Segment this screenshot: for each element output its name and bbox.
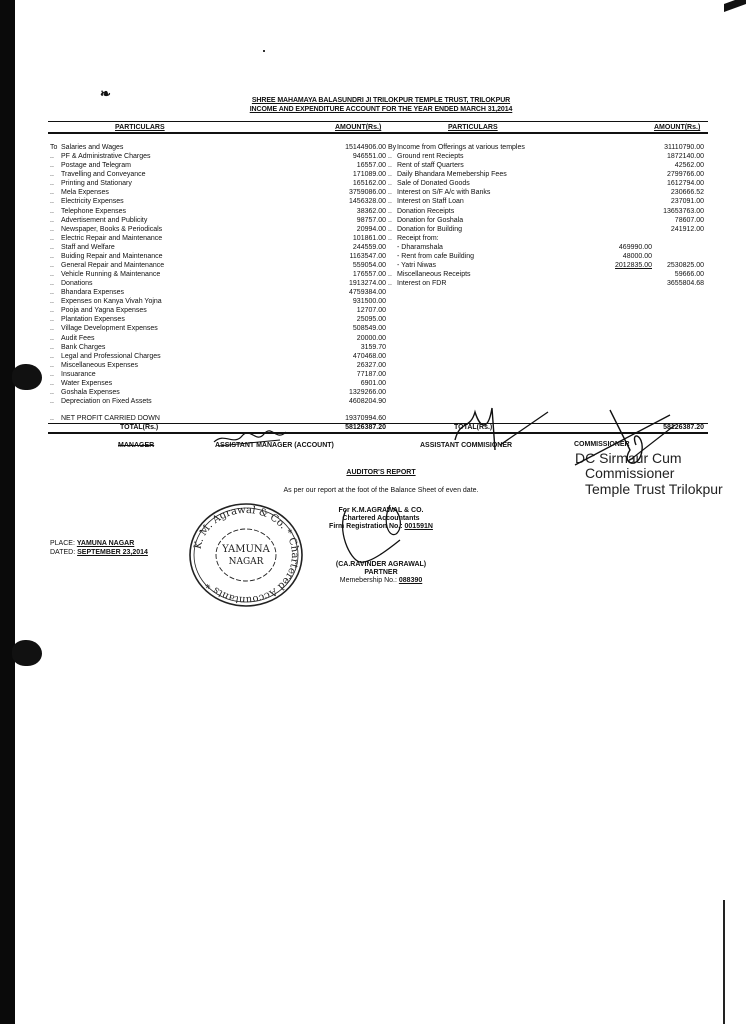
expenditure-amount: 244559.00 xyxy=(300,243,386,252)
expenditure-row: ..PF & Administrative Charges xyxy=(50,152,150,161)
income-label: Income from Offerings at various temples xyxy=(397,144,525,151)
left-total-label: TOTAL(Rs.) xyxy=(120,423,158,432)
income-row: ..Donation for Building xyxy=(388,225,462,234)
expenditure-label: Buiding Repair and Maintenance xyxy=(61,253,163,260)
expenditure-amount: 20994.00 xyxy=(300,225,386,234)
expenditure-row: ..Telephone Expenses xyxy=(50,207,126,216)
date-value: SEPTEMBER 23,2014 xyxy=(77,549,148,556)
assistant-manager-label: ASSISTANT MANAGER (ACCOUNT) xyxy=(215,442,334,449)
expenditure-amount: 20000.00 xyxy=(300,334,386,343)
expenditure-amount: 165162.00 xyxy=(300,179,386,188)
expenditure-row: ..Buiding Repair and Maintenance xyxy=(50,252,163,261)
expenditure-row: ..Printing and Stationary xyxy=(50,179,132,188)
left-total-amount: 58126387.20 xyxy=(300,423,386,432)
expenditure-row: ..Miscellaneous Expenses xyxy=(50,361,138,370)
assistant-commissioner-label: ASSISTANT COMMISIONER xyxy=(420,442,512,449)
date-line: DATED: SEPTEMBER 23,2014 xyxy=(50,548,148,557)
income-amount: 1872140.00 xyxy=(620,152,704,161)
expenditure-row: ..Postage and Telegram xyxy=(50,161,131,170)
expenditure-amount: 1329266.00 xyxy=(300,388,386,397)
income-amount: 42562.00 xyxy=(620,161,704,170)
expenditure-label: Village Development Expenses xyxy=(61,325,158,332)
income-label: Receipt from: xyxy=(397,235,439,242)
scan-mark xyxy=(724,0,746,12)
place-line: PLACE: YAMUNA NAGAR xyxy=(50,539,134,548)
income-row: - Rent from cafe Building xyxy=(388,252,474,261)
registration-number: 001591N xyxy=(405,523,433,530)
income-row: ..Sale of Donated Goods xyxy=(388,179,470,188)
income-amount: 230666.52 xyxy=(620,188,704,197)
income-row: ..Interest on Staff Loan xyxy=(388,197,464,206)
expenditure-label: Miscellaneous Expenses xyxy=(61,362,138,369)
membership-number: 088390 xyxy=(399,577,422,584)
income-label: - Yatri Niwas xyxy=(397,262,436,269)
expenditure-label: Insuarance xyxy=(61,371,96,378)
expenditure-row: ..Bhandara Expenses xyxy=(50,288,124,297)
expenditure-amount: 171089.00 xyxy=(300,170,386,179)
income-row: - Yatri Niwas xyxy=(388,261,436,270)
expenditure-row: ..Donations xyxy=(50,279,93,288)
income-label: Donation for Building xyxy=(397,226,462,233)
expenditure-label: Vehicle Running & Maintenance xyxy=(61,271,160,278)
expenditure-amount: 470468.00 xyxy=(300,352,386,361)
total-rule-bottom xyxy=(48,432,708,434)
expenditure-label: Expenses on Kanya Vivah Yojna xyxy=(61,298,162,305)
expenditure-amount: 12707.00 xyxy=(300,306,386,315)
expenditure-label: Newspaper, Books & Periodicals xyxy=(61,226,162,233)
expenditure-row: ..Bank Charges xyxy=(50,343,105,352)
net-profit-row: ..NET PROFIT CARRIED DOWN xyxy=(50,414,160,423)
place-value: YAMUNA NAGAR xyxy=(77,540,134,547)
expenditure-row: ..Plantation Expenses xyxy=(50,315,125,324)
expenditure-amount: 98757.00 xyxy=(300,216,386,225)
expenditure-row: ..Travelling and Conveyance xyxy=(50,170,146,179)
expenditure-amount: 25095.00 xyxy=(300,315,386,324)
expenditure-label: PF & Administrative Charges xyxy=(61,153,150,160)
expenditure-amount: 101861.00 xyxy=(300,234,386,243)
expenditure-label: Pooja and Yagna Expenses xyxy=(61,307,147,314)
expenditure-amount: 176557.00 xyxy=(300,270,386,279)
expenditure-row: ..Depreciation on Fixed Assets xyxy=(50,397,152,406)
income-label: - Dharamshala xyxy=(397,244,443,251)
auditor-report-heading: AUDITOR'S REPORT xyxy=(8,469,746,476)
income-amount: 241912.00 xyxy=(620,225,704,234)
left-particulars-header: PARTICULARS xyxy=(115,124,165,131)
svg-text:NAGAR: NAGAR xyxy=(229,557,264,567)
income-row: ..Ground rent Reciepts xyxy=(388,152,464,161)
expenditure-label: Mela Expenses xyxy=(61,189,109,196)
expenditure-label: Staff and Welfare xyxy=(61,244,115,251)
income-amount: 3655804.68 xyxy=(620,279,704,288)
punch-hole xyxy=(12,364,42,390)
expenditure-amount: 1456328.00 xyxy=(300,197,386,206)
auditor-statement: As per our report at the foot of the Bal… xyxy=(8,487,746,494)
expenditure-label: Travelling and Conveyance xyxy=(61,171,146,178)
scan-dot xyxy=(263,50,265,52)
expenditure-row: ..Pooja and Yagna Expenses xyxy=(50,306,147,315)
net-profit-label: NET PROFIT CARRIED DOWN xyxy=(61,415,160,422)
expenditure-amount: 4759384.00 xyxy=(300,288,386,297)
income-amount: 1612794.00 xyxy=(620,179,704,188)
expenditure-amount: 4608204.90 xyxy=(300,397,386,406)
income-label: Donation for Goshala xyxy=(397,217,463,224)
expenditure-row: ..Electric Repair and Maintenance xyxy=(50,234,162,243)
income-label: Miscellaneous Receipts xyxy=(397,271,471,278)
income-row: - Dharamshala xyxy=(388,243,443,252)
svg-text:YAMUNA: YAMUNA xyxy=(221,544,270,555)
commissioner-stamp-line-1: DC Sirmaur Cum xyxy=(575,450,682,466)
income-label: Donation Receipts xyxy=(397,208,454,215)
income-subamount: 48000.00 xyxy=(590,252,652,261)
expenditure-row: ..Advertisement and Publicity xyxy=(50,216,147,225)
expenditure-label: Goshala Expenses xyxy=(61,389,120,396)
scan-line xyxy=(723,900,725,1024)
expenditure-label: Water Expenses xyxy=(61,380,112,387)
expenditure-label: Electricity Expenses xyxy=(61,198,124,205)
income-label: Rent of staff Quarters xyxy=(397,162,464,169)
expenditure-row: ..Village Development Expenses xyxy=(50,324,158,333)
income-row: ..Interest on S/F A/c with Banks xyxy=(388,188,490,197)
auditor-partner-title: PARTNER xyxy=(8,569,746,576)
expenditure-label: Bank Charges xyxy=(61,344,105,351)
expenditure-amount: 3159.70 xyxy=(300,343,386,352)
punch-hole xyxy=(12,640,42,666)
income-row: ..Donation Receipts xyxy=(388,207,454,216)
expenditure-label: Postage and Telegram xyxy=(61,162,131,169)
expenditure-amount: 16557.00 xyxy=(300,161,386,170)
expenditure-label: Telephone Expenses xyxy=(61,208,126,215)
income-label: Daily Bhandara Memebership Fees xyxy=(397,171,507,178)
expenditure-label: Salaries and Wages xyxy=(61,144,123,151)
header-rule-bottom xyxy=(48,132,708,134)
income-label: Interest on FDR xyxy=(397,280,446,287)
expenditure-amount: 26327.00 xyxy=(300,361,386,370)
income-row: ..Miscellaneous Receipts xyxy=(388,270,471,279)
chartered-accountants-seal: K. M. Agrawal & Co. * Chartered Accounta… xyxy=(186,500,306,610)
left-amount-header: AMOUNT(Rs.) xyxy=(335,124,381,131)
income-amount: 237091.00 xyxy=(620,197,704,206)
expenditure-amount: 931500.00 xyxy=(300,297,386,306)
header-rule-top xyxy=(48,121,708,122)
expenditure-label: Donations xyxy=(61,280,93,287)
income-label: Interest on Staff Loan xyxy=(397,198,464,205)
expenditure-row: ..Newspaper, Books & Periodicals xyxy=(50,225,162,234)
manager-label: MANAGER xyxy=(118,442,154,449)
income-row: ..Daily Bhandara Memebership Fees xyxy=(388,170,507,179)
expenditure-amount: 3759086.00 xyxy=(300,188,386,197)
expenditure-amount: 1913274.00 xyxy=(300,279,386,288)
document-subtitle: INCOME AND EXPENDITURE ACCOUNT FOR THE Y… xyxy=(8,106,746,113)
income-row: ..Rent of staff Quarters xyxy=(388,161,464,170)
expenditure-row: ..Mela Expenses xyxy=(50,188,109,197)
expenditure-label: Electric Repair and Maintenance xyxy=(61,235,162,242)
expenditure-amount: 508549.00 xyxy=(300,324,386,333)
income-label: Interest on S/F A/c with Banks xyxy=(397,189,490,196)
income-label: Sale of Donated Goods xyxy=(397,180,470,187)
expenditure-label: Plantation Expenses xyxy=(61,316,125,323)
expenditure-amount: 77187.00 xyxy=(300,370,386,379)
auditor-partner-name: (CA.RAVINDER AGRAWAL) xyxy=(8,561,746,568)
right-particulars-header: PARTICULARS xyxy=(448,124,498,131)
expenditure-row: ..Audit Fees xyxy=(50,334,94,343)
income-amount: 13653763.00 xyxy=(620,207,704,216)
auditor-firm-type: Chartered Accountants xyxy=(8,515,746,522)
right-total-amount: 58126387.20 xyxy=(620,423,704,432)
expenditure-row: ..Goshala Expenses xyxy=(50,388,120,397)
auditor-firm: For K.M.AGRAWAL & CO. xyxy=(8,507,746,514)
expenditure-amount: 946551.00 xyxy=(300,152,386,161)
expenditure-label: General Repair and Maintenance xyxy=(61,262,164,269)
expenditure-label: Legal and Professional Charges xyxy=(61,353,161,360)
income-amount: 2530825.00 xyxy=(620,261,704,270)
income-row: ..Donation for Goshala xyxy=(388,216,463,225)
income-amount: 78607.00 xyxy=(620,216,704,225)
income-row: ByIncome from Offerings at various templ… xyxy=(388,143,525,152)
expenditure-amount: 1163547.00 xyxy=(300,252,386,261)
income-label: - Rent from cafe Building xyxy=(397,253,474,260)
expenditure-label: Printing and Stationary xyxy=(61,180,132,187)
expenditure-label: Advertisement and Publicity xyxy=(61,217,147,224)
net-profit-amount: 19370994.60 xyxy=(300,414,386,423)
expenditure-row: ..Staff and Welfare xyxy=(50,243,115,252)
income-row: ..Interest on FDR xyxy=(388,279,446,288)
expenditure-row: ..Vehicle Running & Maintenance xyxy=(50,270,160,279)
auditor-registration: Firm Registration No.: 001591N xyxy=(8,523,746,530)
expenditure-amount: 6901.00 xyxy=(300,379,386,388)
expenditure-label: Bhandara Expenses xyxy=(61,289,124,296)
income-row: ..Receipt from: xyxy=(388,234,439,243)
income-amount: 59666.00 xyxy=(620,270,704,279)
document-title: SHREE MAHAMAYA BALASUNDRI JI TRILOKPUR T… xyxy=(8,97,746,104)
income-subamount: 469990.00 xyxy=(590,243,652,252)
expenditure-row: ..Water Expenses xyxy=(50,379,112,388)
expenditure-amount: 38362.00 xyxy=(300,207,386,216)
expenditure-row: ToSalaries and Wages xyxy=(50,143,123,152)
income-amount: 31110790.00 xyxy=(620,143,704,152)
commissioner-label: COMMISSIONER xyxy=(574,441,630,448)
auditor-membership: Memebership No.: 088390 xyxy=(8,577,746,584)
expenditure-amount: 15144906.00 xyxy=(300,143,386,152)
expenditure-label: Audit Fees xyxy=(61,335,94,342)
expenditure-row: ..Expenses on Kanya Vivah Yojna xyxy=(50,297,162,306)
expenditure-row: ..Legal and Professional Charges xyxy=(50,352,161,361)
right-amount-header: AMOUNT(Rs.) xyxy=(654,124,700,131)
expenditure-amount: 559054.00 xyxy=(300,261,386,270)
expenditure-row: ..Electricity Expenses xyxy=(50,197,124,206)
expenditure-label: Depreciation on Fixed Assets xyxy=(61,398,152,405)
income-amount: 2799766.00 xyxy=(620,170,704,179)
expenditure-row: ..General Repair and Maintenance xyxy=(50,261,164,270)
income-label: Ground rent Reciepts xyxy=(397,153,464,160)
right-total-label: TOTAL(Rs.) xyxy=(454,423,492,432)
expenditure-row: ..Insuarance xyxy=(50,370,96,379)
